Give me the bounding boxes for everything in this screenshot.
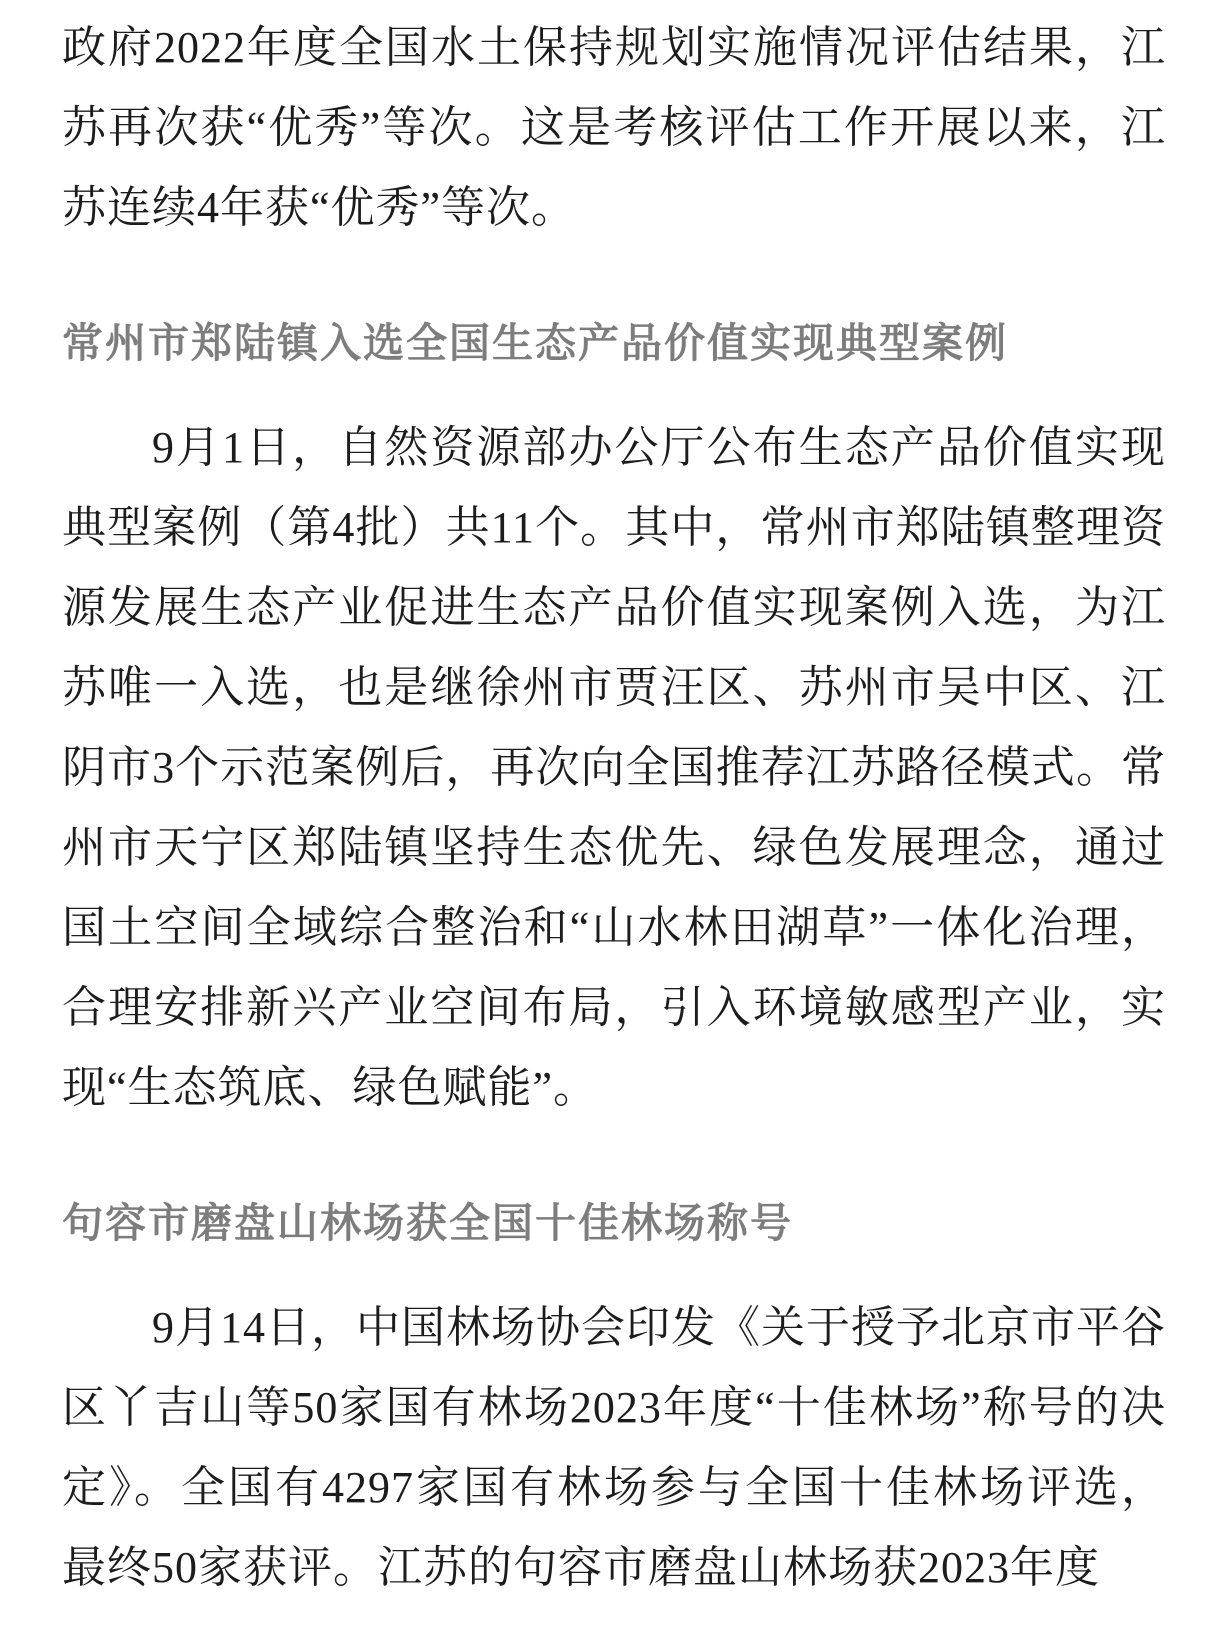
paragraph-soil-water-evaluation: 政府2022年度全国水土保持规划实施情况评估结果，江苏再次获“优秀”等次。这是考…: [62, 8, 1166, 248]
document-page: 政府2022年度全国水土保持规划实施情况评估结果，江苏再次获“优秀”等次。这是考…: [0, 0, 1228, 1642]
section-heading-mopanshan-forest-award: 句容市磨盘山林场获全国十佳林场称号: [62, 1183, 1166, 1263]
section-heading-zhenglu-ecological-case: 常州市郑陆镇入选全国生态产品价值实现典型案例: [62, 303, 1166, 383]
paragraph-zhenglu-ecological-case: 9月1日，自然资源部办公厅公布生态产品价值实现典型案例（第4批）共11个。其中，…: [62, 408, 1166, 1128]
paragraph-mopanshan-forest-award: 9月14日，中国林场协会印发《关于授予北京市平谷区丫吉山等50家国有林场2023…: [62, 1288, 1166, 1608]
